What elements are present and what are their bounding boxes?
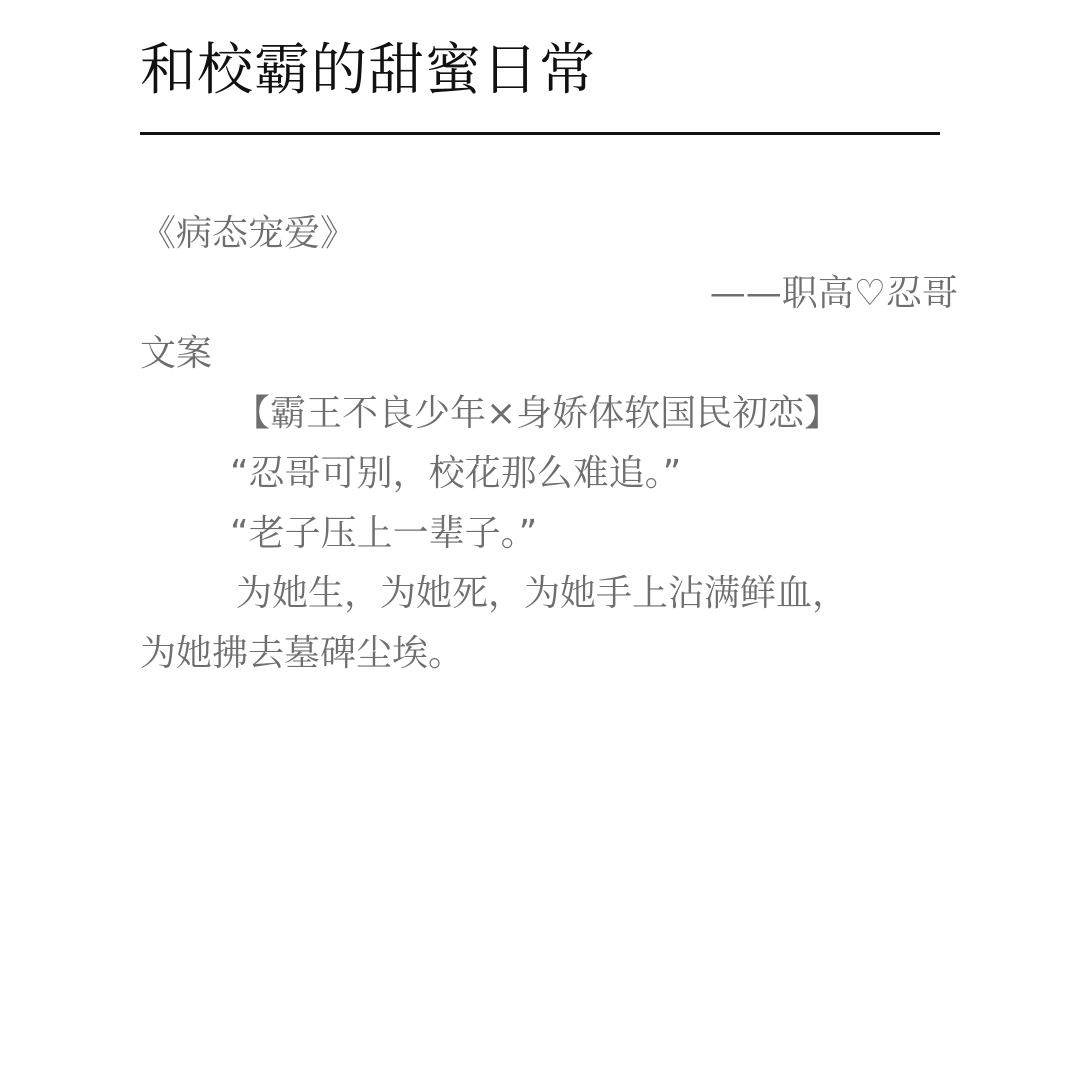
synopsis-quote: “老子压上一辈子。”	[230, 512, 537, 556]
page-title: 和校霸的甜蜜日常	[140, 36, 596, 106]
synopsis-paragraph-continued: 为她拂去墓碑尘埃。	[140, 632, 464, 676]
book-title: 《病态宠爱》	[140, 212, 356, 256]
synopsis-tagline: 【霸王不良少年×身娇体软国民初恋】	[234, 392, 840, 436]
synopsis-paragraph: 为她生，为她死，为她手上沾满鲜血，	[236, 572, 848, 616]
title-divider	[140, 132, 940, 135]
synopsis-quote: “忍哥可别，校花那么难追。”	[230, 452, 681, 496]
synopsis-label: 文案	[140, 332, 212, 376]
book-author: ——职高♡忍哥	[710, 272, 958, 316]
